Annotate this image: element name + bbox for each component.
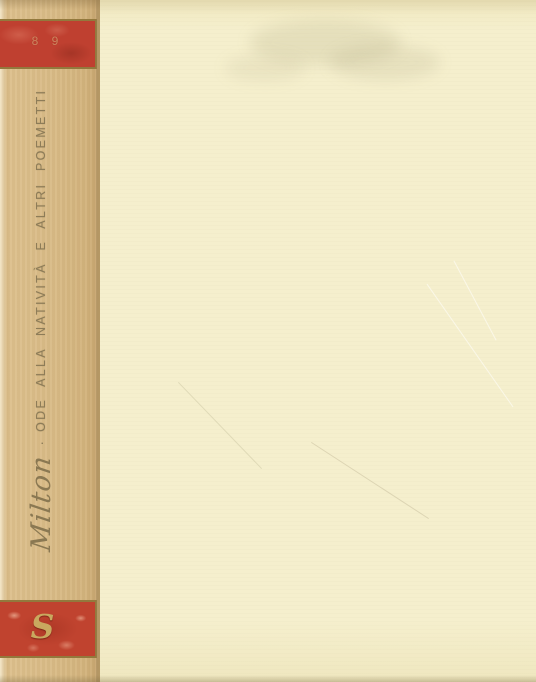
spine-top-band: 8 9: [0, 19, 97, 69]
series-number: 8 9: [0, 34, 95, 48]
spine-bottom-band: S: [0, 600, 97, 658]
book-photo: 8 9 S Milton · ODE ALLA NATIVITÀ E ALTRI…: [0, 0, 536, 682]
cover-smudge: [330, 45, 440, 80]
spine-top-shadow: [0, 0, 100, 10]
front-cover: [100, 0, 536, 682]
spine-author: Milton: [26, 453, 57, 553]
cover-smudge: [225, 55, 305, 81]
cover-top-edge-shadow: [100, 0, 536, 14]
spine-edge-highlight: [0, 0, 7, 682]
spine-separator-dot: ·: [33, 441, 49, 446]
book-bottom-edge: [0, 675, 536, 682]
publisher-logo: S: [0, 609, 85, 645]
spine-text: Milton · ODE ALLA NATIVITÀ E ALTRI POEME…: [13, 113, 69, 551]
spine-title: ODE ALLA NATIVITÀ E ALTRI POEMETTI: [34, 89, 48, 432]
